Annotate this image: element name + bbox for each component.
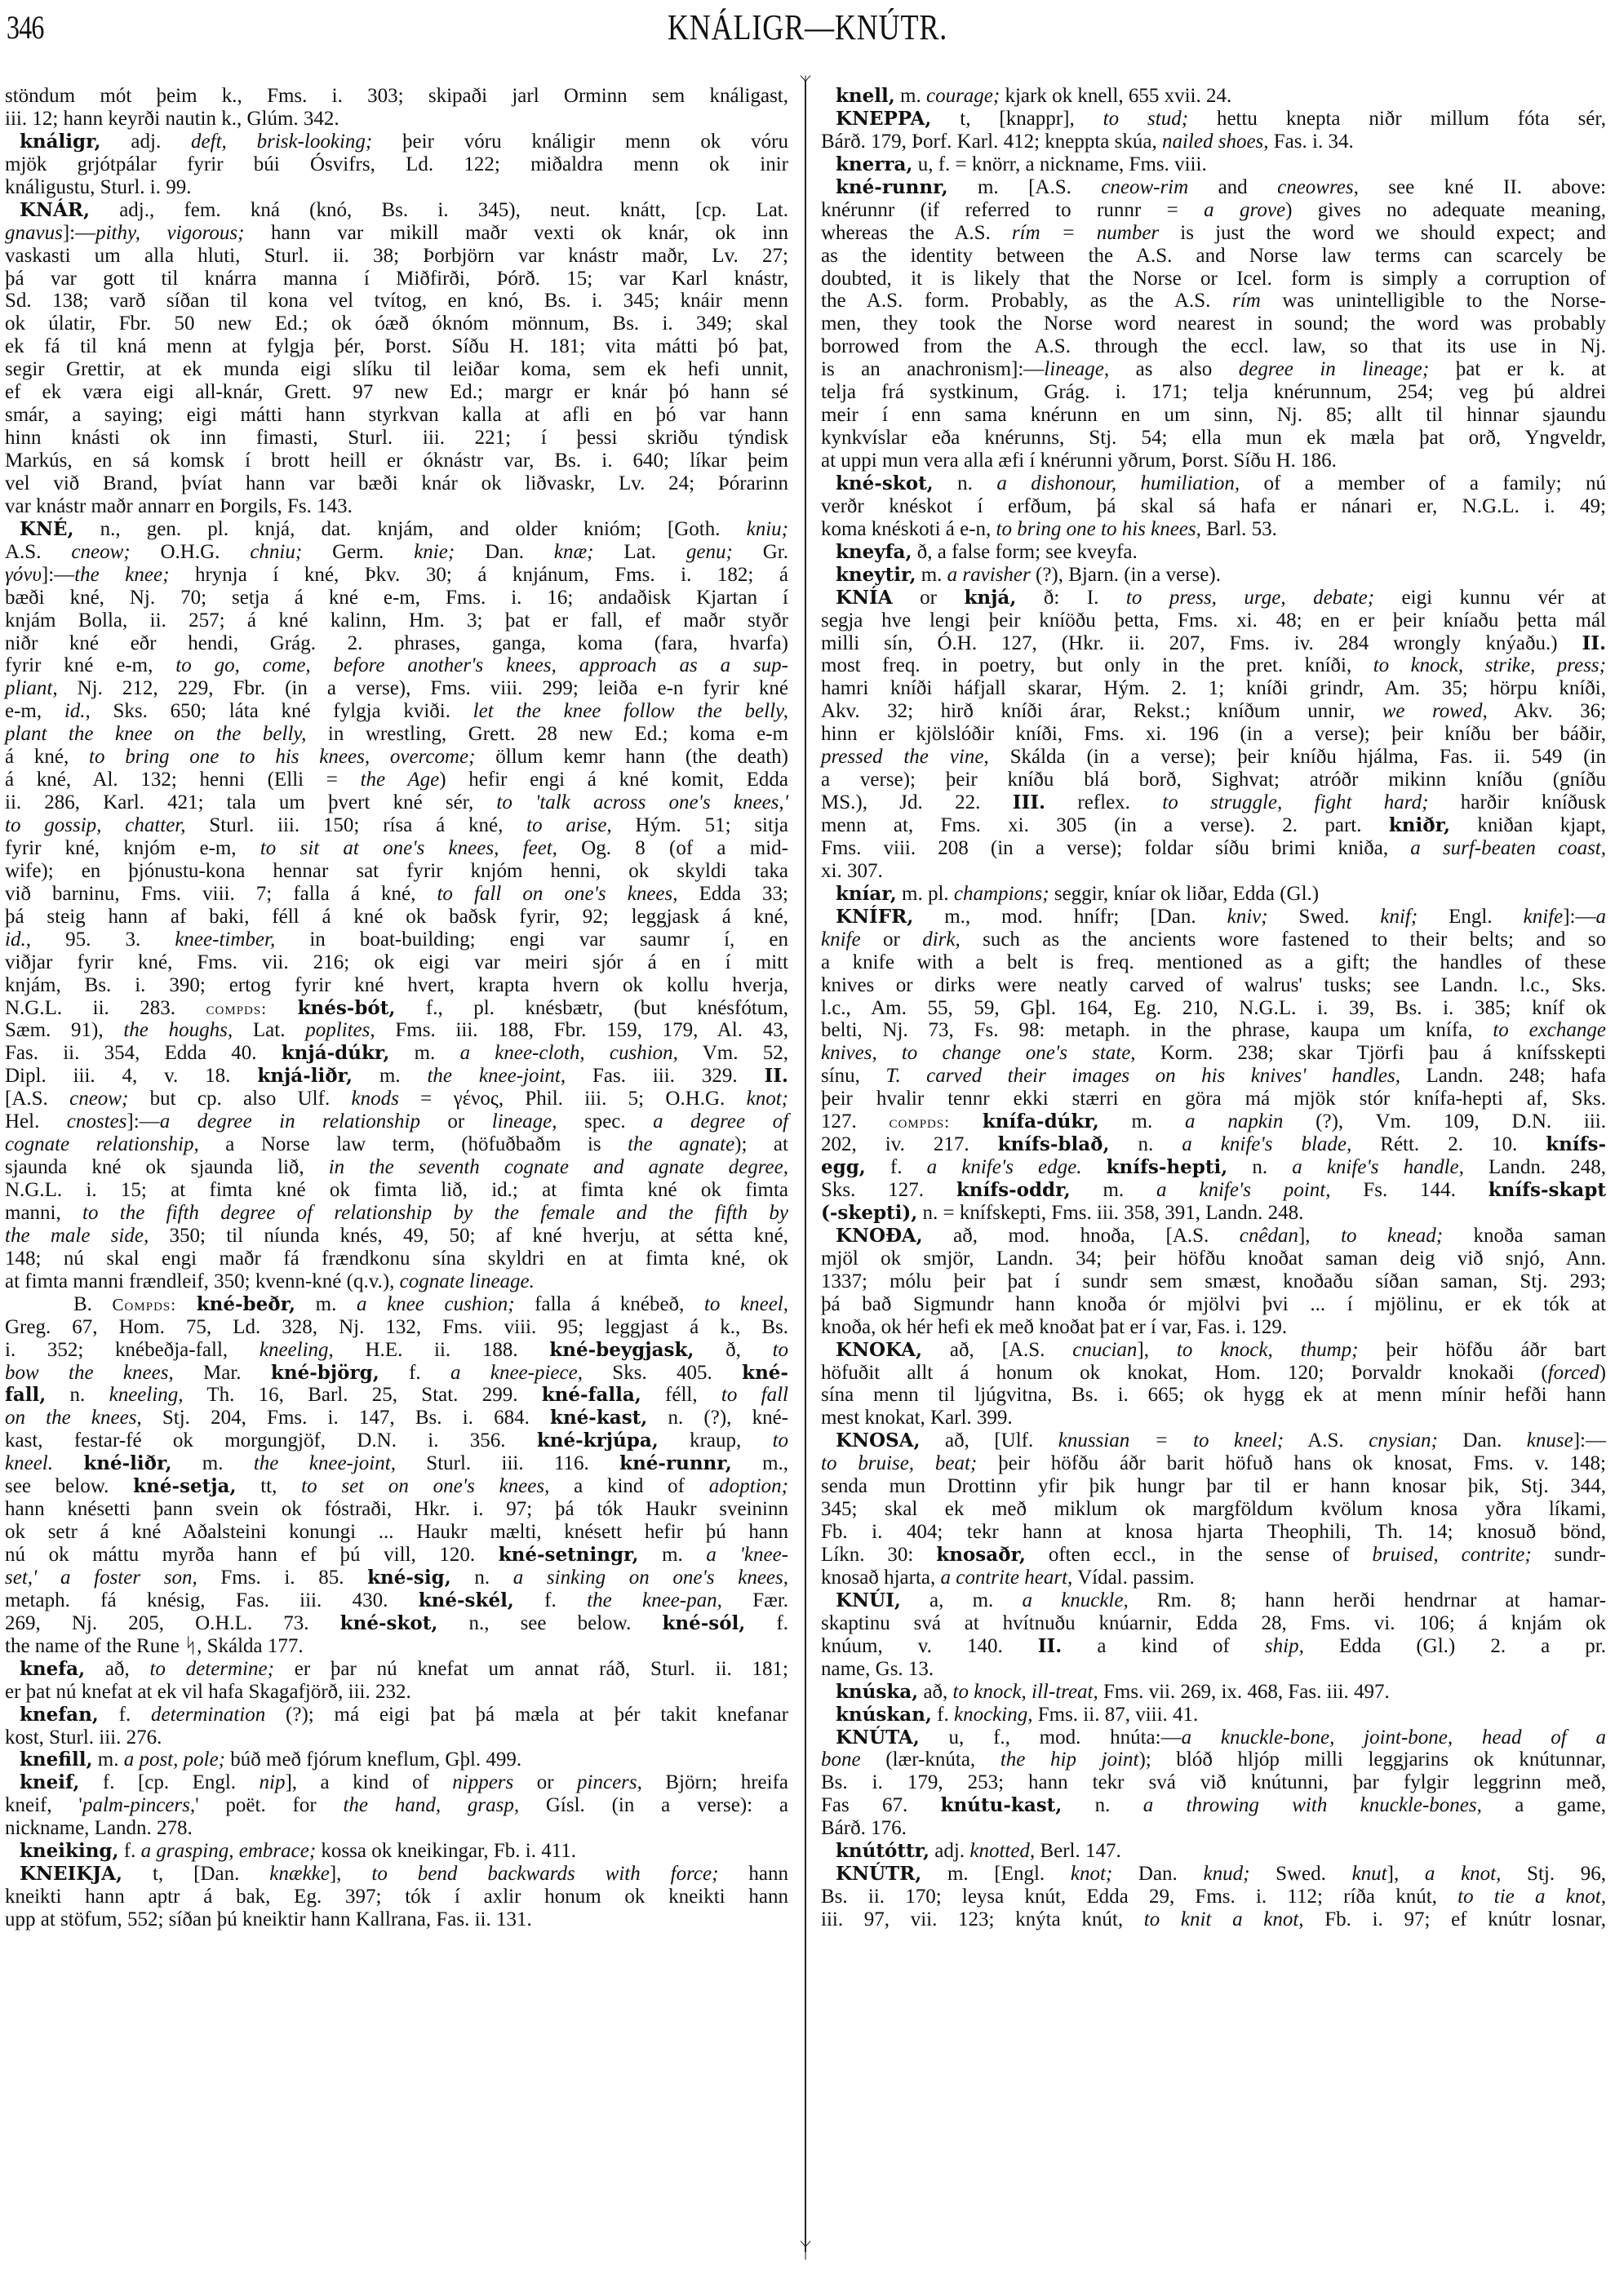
text-line: xi. 307. [821,860,1606,883]
body-text: að, mod. hnoða, [A.S. [923,1225,1240,1247]
body-text: höfuðit allt á honum ok knokat, Hom. 120… [821,1362,1548,1384]
definition-text: to bruise, beat; [821,1452,977,1474]
text-line: knoða, ok hér hefi ek með knoðat þat er … [821,1316,1606,1339]
definition-text: bow the knees, [5,1362,174,1384]
body-text: eigi kunnu vér at [1374,587,1606,609]
body-text: name, Gs. 13. [821,1658,934,1680]
body-text: belti, Nj. 73, Fs. 98: metaph. in the ph… [821,1019,1493,1041]
text-line: KNÁR, adj., fem. kná (knó, Bs. i. 345), … [5,199,788,222]
body-text: Gísl. (in a verse): a [519,1794,788,1816]
body-text: sundr- [1532,1544,1606,1566]
body-text: in boat-building; engi var saumr í, en [275,929,788,951]
body-text: hettu knepta niðr millum fóta sér, [1188,108,1606,130]
definition-text: cognate lineage. [400,1270,535,1292]
body-text: Germ. [302,541,414,563]
definition-text: knud; [1203,1863,1249,1885]
definition-text: to bend backwards with force; [371,1863,718,1885]
text-line: iii. 97, vii. 123; knýta knút, to knit a… [821,1908,1606,1931]
headword: III. [1013,791,1045,813]
text-line: is an anachronism]:—lineage, as also deg… [821,358,1606,381]
body-text: tt, [236,1475,301,1497]
body-text: but cp. also Ulf. [128,1088,351,1110]
body-text: (?), Vm. 109, D.N. iii. [1283,1110,1606,1132]
definition-text: a surf-beaten coast, [1410,837,1606,859]
definition-text: a knife's edge. [927,1156,1082,1178]
definition-text: id., [64,700,91,722]
headword: kné-kast, [550,1407,647,1429]
body-text: Sd. 138; varð síðan til kona vel tvítog,… [5,290,788,312]
body-text: þeir vóru knáligir menn ok vóru [372,131,788,153]
definition-text: the male side, [5,1225,149,1247]
body-text: spec. [557,1110,654,1132]
definition-text: a knife's handle, [1292,1156,1464,1178]
body-text: men, they took the Norse word nearest in… [821,312,1606,335]
text-line: sína menn til ljúgvitna, Bs. i. 665; ok … [821,1384,1606,1407]
text-line: Fms. viii. 208 (in a verse); foldar síðu… [821,837,1606,860]
text-line: knúum, v. 140. II. a kind of ship, Edda … [821,1635,1606,1658]
headword: knjá, [964,587,1016,609]
body-text: 148; nú skal engi maðr fá frændkonu sína… [5,1248,788,1270]
definition-text: kniu; [747,518,788,540]
body-text: most freq. in poetry, but only in the pr… [821,654,1373,676]
body-text: n. [1227,1156,1292,1178]
body-text: ]:— [126,1110,159,1132]
body-text: fyrir kné, knjóm e-m, [5,837,260,859]
text-line: N.G.L. ii. 283. compds: knés-bót, f., pl… [5,997,788,1020]
body-text: Sturl. iii. 116. [396,1452,619,1474]
body-text: at fimta manni frændleif, 350; kvenn-kné… [5,1270,400,1292]
text-line: 127. compds: knífa-dúkr, m. a napkin (?)… [821,1110,1606,1133]
body-text: vaskasti um alla hluti, Sturl. ii. 38; Þ… [5,245,788,267]
headword: kné-beygjask, [549,1339,694,1361]
body-text: kniðan kjapt, [1450,814,1606,836]
headword: kné-falla, [542,1384,641,1406]
text-line: iii. 12; hann keyrði nautin k., Glúm. 34… [5,108,788,131]
headword: KNÍFR, [836,906,913,928]
definition-text: champions; [954,883,1049,905]
body-text: m. [353,1065,427,1087]
body-text: Gr. [733,541,788,563]
headword: kneif, [20,1771,79,1793]
definition-text: a knot, [1425,1863,1501,1885]
definition-text: kneel. [5,1452,53,1474]
text-line: kast, festar-fé ok morgungjöf, D.N. i. 3… [5,1429,788,1452]
text-line: knáligr, adj. deft, brisk-looking; þeir … [5,131,788,153]
body-text: t, [knappr], [931,108,1103,130]
text-line: bone (lær-knúta, the hip joint); blóð hl… [821,1749,1606,1771]
text-line: Sæm. 91), the houghs, Lat. poplites, Fms… [5,1019,788,1042]
body-text: and [1188,176,1277,198]
text-line: plant the knee on the belly, in wrestlin… [5,723,788,746]
definition-text: on the knees, [5,1407,142,1429]
headword: egg, [821,1156,866,1178]
text-line: Sks. 127. knífs-oddr, m. a knife's point… [821,1179,1606,1202]
text-line: id., 95. 3. knee-timber, in boat-buildin… [5,929,788,951]
definition-text: knække [269,1863,330,1885]
body-text: að, [918,1681,952,1703]
body-text: e-m, [5,700,64,722]
definition-text: a degree in relationship [160,1110,420,1132]
body-text: Landn. 248; hafa [1400,1065,1606,1087]
text-line: KNÚI, a, m. a knuckle, Rm. 8; hann herði… [821,1589,1606,1612]
text-line: 269, Nj. 205, O.H.L. 73. kné-skot, n., s… [5,1612,788,1635]
body-text: Skálda (in a verse); þeir kníðu hjálma, … [989,746,1606,768]
body-text: metaph. fá knésig, Fas. iii. 430. [5,1589,419,1611]
definition-text: rím [1232,290,1261,312]
body-text: ' poët. for [195,1794,343,1816]
body-text: Sks. 650; láta kné fylgja kviði. [91,700,473,722]
definition-text: knot; [1071,1863,1112,1885]
text-line: knefill, m. a post, pole; búð með fjórum… [5,1749,788,1771]
body-text: vel við Brand, þvíat hann var bæði knár … [5,472,788,494]
text-line: KNEIKJA, t, [Dan. knække], to bend backw… [5,1863,788,1886]
body-text: Vm. 52, [678,1042,788,1064]
body-text: n. [934,472,997,494]
headword: knífa-dúkr, [983,1110,1099,1132]
definition-text: the knee; [74,564,169,586]
text-line: Fb. i. 404; tekr hann at knosa hjarta Th… [821,1521,1606,1544]
text-line: manni, to the fifth degree of relationsh… [5,1202,788,1225]
body-text: niðr kné eðr hendi, Grág. 2. phrases, ga… [5,632,788,654]
body-text: koma knéskoti á e-n, [821,518,996,540]
text-line: knútóttr, adj. knotted, Berl. 147. [821,1840,1606,1863]
body-text: Og. 8 (of a mid- [557,837,788,859]
headword: KNÁR, [20,199,90,221]
body-text: ef ek væra eigi all-knár, Grett. 97 new … [5,381,788,403]
body-text: hann [718,1863,788,1885]
text-line: fyrir kné e-m, to go, come, before anoth… [5,654,788,677]
body-text: a knife with a belt is freq. mentioned a… [821,951,1606,973]
definition-text: kneeling, [260,1339,334,1361]
body-text: n., see below. [437,1612,662,1634]
body-text: i. 352; knébeðja-fall, [5,1339,260,1361]
body-text: knúum, v. 140. [821,1635,1038,1657]
text-line: hinn er kjölslóðir kníði, Fms. xi. 196 (… [821,723,1606,746]
text-line: knáligustu, Sturl. i. 99. [5,176,788,199]
body-text: Engl. [1418,906,1523,928]
text-line: menn at, Fms. xi. 305 (in a verse). 2. p… [821,814,1606,837]
body-text: m. [1071,1179,1156,1201]
body-text: telja frá systkinum, Grág. i. 171; telja… [821,381,1606,403]
body-text: as the identity between the A.S. and Nor… [821,245,1606,267]
body-text: kynkvíslar eða knérunns, Stj. 54; ella m… [821,427,1606,449]
definition-text: to exchange [1493,1019,1606,1041]
definition-text: the knee-joint, [254,1452,396,1474]
right-column: knell, m. courage; kjark ok knell, 655 x… [821,85,1606,1931]
definition-text: knife [821,929,861,951]
text-line: Greg. 67, Hom. 75, Ld. 328, Nj. 132, Fms… [5,1316,788,1339]
body-text: knives or dirks were neatly carved of wa… [821,974,1606,996]
headword: knútu-kast, [941,1794,1063,1816]
body-text: xi. 307. [821,860,883,882]
definition-text: to arise, [526,814,612,836]
text-line: the male side, 350; til níunda knés, 49,… [5,1225,788,1248]
headword: kné- [742,1362,788,1384]
body-text: knoða, ok hér hefi ek með knoðat þat er … [821,1316,1287,1338]
text-line: (-skepti), n. = knífskepti, Fms. iii. 35… [821,1202,1606,1225]
definition-text: knives, to change one's state, [821,1042,1136,1064]
text-line: doubted, it is likely that the Norse or … [821,268,1606,290]
body-text: við barninu, Fms. viii. 7; falla á kné, [5,883,437,905]
text-line: smár, a saying; eigi mátti hann styrkvan… [5,404,788,427]
definition-text: pincers, [577,1771,642,1793]
body-text: Hým. 51; sitja [612,814,788,836]
body-text: senda mun Drottinn yfir þik hungr þar ti… [821,1475,1606,1497]
body-text: Rétt. 2. 10. [1351,1133,1546,1155]
body-text: often eccl., in the sense of [1026,1544,1373,1566]
body-text: m. [389,1042,459,1064]
text-line: hamri kníði háfjall skarar, Hým. 2. 1; k… [821,677,1606,700]
body-text: is just the word we should expect; and [1159,222,1606,244]
headword: knjá-dúkr, [282,1042,390,1064]
text-line: knjám, Bs. i. 390; ertog fyrir kné hvert… [5,974,788,997]
definition-text: a grove [1204,199,1285,221]
definition-text: knæ; [554,541,594,563]
definition-text: to knead; [1341,1225,1443,1247]
definition-text: knie; [414,541,455,563]
body-text: a verse); þeir kníðu blá borð, Sighvat; … [821,769,1606,791]
divider-ornament-top-icon: ᛉ [795,75,816,96]
text-line: hann knésetti þann svein ok fóstraði, Hk… [5,1498,788,1521]
definition-text: the houghs, [123,1019,233,1041]
body-text: ok úlatir, Fbr. 50 new Ed.; ok óæð óknóm… [5,312,788,335]
definition-text: to gossip, chatter, [5,814,186,836]
headword: knúskan, [836,1704,932,1726]
headword: kneiking, [20,1840,119,1862]
definition-text: to knock, thump; [1177,1339,1359,1361]
definition-text: to [773,1429,788,1452]
text-line: mest knokat, Karl. 399. [821,1407,1606,1429]
definition-text: the hip joint [1001,1749,1139,1771]
body-text: A.S. [5,541,71,563]
body-text: knjám Bolla, ii. 257; á kné kalinn, Hm. … [5,609,788,632]
body-text: iii. 97, vii. 123; knýta knút, [821,1908,1144,1930]
headword: fall, [5,1384,46,1406]
body-text: verðr knéskot í erfðum, þá skal sá hafa … [821,495,1606,517]
definition-text: the knee-pan, [587,1589,722,1611]
column-divider [805,80,806,2252]
body-text: viðjar fyrir kné, Fms. vii. 216; ok eigi… [5,951,788,973]
body-text: ); at [734,1133,788,1155]
text-line: whereas the A.S. rím = number is just th… [821,222,1606,245]
body-text: n. [451,1567,513,1589]
definition-text: to fall on one's knees, [437,883,677,905]
text-line: 1337; mólu þeir þat í sundr sem smæst, k… [821,1270,1606,1293]
body-text: þat er k. at [1429,358,1606,380]
text-line: Bárð. 176. [821,1817,1606,1840]
body-text: at uppi mun vera alla æfi í knérunni yðr… [821,450,1337,472]
headword: kneyfa, [836,541,912,563]
body-text: MS.), Jd. 22. [821,791,1013,813]
text-line: KNÚTR, m. [Engl. knot; Dan. knud; Swed. … [821,1863,1606,1886]
definition-text: to [773,1339,788,1361]
text-line: þá steig hann af baki, féll á kné ok bað… [5,906,788,929]
headword: KNÉ, [20,518,74,540]
body-text: ð, a false form; see kveyfa. [912,541,1137,563]
body-text: f. [119,1840,141,1862]
body-text: n. [1062,1794,1142,1816]
body-text: ii. 286, Karl. 421; tala um þvert kné sé… [5,791,496,813]
text-line: A.S. cneow; O.H.G. chniu; Germ. knie; Da… [5,541,788,564]
definition-text: cognate relationship, [5,1133,199,1155]
body-text: þá var gott til knárra manna í Miðfirði,… [5,268,788,290]
body-text: Lat. [594,541,686,563]
body-text: fyrir kné e-m, [5,654,175,676]
body-text: milli sín, Ó.H. 127, (Hkr. ii. 207, Fms.… [821,632,1582,654]
body-text: smár, a saying; eigi mátti hann styrkvan… [5,404,788,426]
body-text: Dan. [1438,1429,1527,1452]
body-text: m., mod. hnífr; [Dan. [913,906,1227,928]
body-text: knérunnr (if referred to runnr = [821,199,1204,221]
body-text: (lær-knúta, [861,1749,1001,1771]
headword: knefa, [20,1658,85,1680]
text-line: egg, f. a knife's edge. knífs-hepti, n. … [821,1156,1606,1179]
text-line: Líkn. 30: knosaðr, often eccl., in the s… [821,1544,1606,1567]
definition-text: the Age [361,769,440,791]
body-text: t, [Dan. [122,1863,269,1885]
body-text [1081,1156,1106,1178]
definition-text: to struggle, fight hard; [1162,791,1428,813]
text-line: a verse); þeir kníðu blá borð, Sighvat; … [821,769,1606,791]
body-text: Mar. [174,1362,271,1384]
running-title: KNÁLIGR—KNÚTR. [145,7,1470,48]
headword: II. [1582,632,1606,654]
definition-text: palm-pincers, [82,1794,195,1816]
text-line: KNÍFR, m., mod. hnífr; [Dan. kniv; Swed.… [821,906,1606,929]
body-text: sína menn til ljúgvitna, Bs. i. 665; ok … [821,1384,1606,1406]
definition-text: a ravisher [947,564,1031,586]
text-line: þá var gott til knárra manna í Miðfirði,… [5,268,788,290]
body-text: n. [46,1384,109,1406]
headword: kniðr, [1389,814,1450,836]
definition-text: γόνυ [5,564,42,586]
body-text: stöndum mót þeim k., Fms. i. 303; skipað… [5,85,788,107]
definition-text: to knock, ill-treat, [953,1681,1098,1703]
body-text: Greg. 67, Hom. 75, Ld. 328, Nj. 132, Fms… [5,1316,788,1338]
text-line: segja hve lengi þeir kníöðu þetta, Fms. … [821,609,1606,632]
text-line: KNÚTA, u, f., mod. hnúta:—a knuckle-bone… [821,1726,1606,1749]
text-line: men, they took the Norse word nearest in… [821,312,1606,335]
body-text: kneif, ' [5,1794,82,1816]
definition-text: to press, urge, debate; [1126,587,1374,609]
body-text: m. [638,1544,706,1566]
definition-text: cnysian; [1369,1429,1438,1452]
headword: kné-sól, [662,1612,745,1634]
section-label: compds: [206,999,268,1018]
text-line: pliant, Nj. 212, 229, Fbr. (in a verse),… [5,677,788,700]
body-text: Dan. [1112,1863,1203,1885]
text-line: B. Compds: kné-beðr, m. a knee cushion; … [5,1293,788,1316]
text-line: Akv. 32; hirð kníði árar, Rekst.; kníðum… [821,700,1606,723]
text-line: name, Gs. 13. [821,1658,1606,1681]
body-text: þá steig hann af baki, féll á kné ok bað… [5,906,788,928]
text-line: bæði kné, Nj. 70; setja á kné e-m, Fms. … [5,587,788,609]
body-text: see below. [5,1475,133,1497]
body-text: ð, [694,1339,772,1361]
text-line: KNEPPA, t, [knappr], to stud; hettu knep… [821,108,1606,131]
body-text: ]:— [42,564,74,586]
headword: knerra, [836,153,912,175]
text-line: to gossip, chatter, Sturl. iii. 150; rís… [5,814,788,837]
body-text [950,1110,983,1132]
body-text: m. [93,1749,124,1771]
body-text: f. [cp. Engl. [79,1771,259,1793]
text-line: Dipl. iii. 4, v. 18. knjá-liðr, m. the k… [5,1065,788,1088]
text-line: kneiking, f. a grasping, embrace; kossa … [5,1840,788,1863]
text-line: ef ek væra eigi all-knár, Grett. 97 new … [5,381,788,404]
headword: kné-liðr, [83,1452,171,1474]
body-text: Fms. i. 85. [197,1567,367,1589]
body-text: Bárð. 176. [821,1817,907,1839]
definition-text: forced [1548,1362,1599,1384]
text-line: kost, Sturl. iii. 276. [5,1726,788,1749]
body-text: N.G.L. ii. 283. [5,997,206,1019]
body-text: ) gives no adequate meaning, [1285,199,1606,221]
body-text: sjaunda kné ok sjaunda lið, [5,1156,329,1178]
text-line: on the knees, Stj. 204, Fms. i. 147, Bs.… [5,1407,788,1429]
body-text: knosað hjarta, [821,1567,940,1589]
body-text: n. = knífskepti, Fms. iii. 358, 391, Lan… [917,1202,1303,1224]
definition-text: pliant, [5,677,58,699]
body-text: Swed. [1249,1863,1351,1885]
definition-text: we rowed, [1382,700,1488,722]
body-text: f. [866,1156,927,1178]
text-line: Bárð. 179, Þorf. Karl. 412; kneppta skúa… [821,131,1606,153]
body-text: or [893,587,965,609]
definition-text: poplites, [305,1019,375,1041]
text-line: Hel. cnostes]:—a degree in relationship … [5,1110,788,1133]
body-text: m. [Engl. [921,1863,1071,1885]
body-text: m. [171,1452,253,1474]
definition-text: to tie a knot, [1457,1886,1606,1908]
body-text: adj., fem. kná (knó, Bs. i. 345), neut. … [90,199,788,221]
definition-text: a dishonour, humiliation, [996,472,1240,494]
body-text: n., gen. pl. knjá, dat. knjám, and older… [74,518,747,540]
body-text: 350; til níunda knés, 49, 50; af kné hve… [149,1225,788,1247]
headword: knútóttr, [836,1840,930,1862]
text-line: knefa, að, to determine; er þar nú knefa… [5,1658,788,1681]
headword: knúska, [836,1681,918,1703]
body-text: Barl. 53. [1201,518,1277,540]
body-text: að, [85,1658,149,1680]
headword: knefill, [20,1749,93,1771]
body-text: hann knésetti þann svein ok fóstraði, Hk… [5,1498,788,1520]
definition-text: rím = number [1012,222,1159,244]
body-text: N.G.L. i. 15; at fimta kné ok fimta lið,… [5,1179,788,1201]
text-line: kneytir, m. a ravisher (?), Bjarn. (in a… [821,564,1606,587]
body-text: f. [514,1589,587,1611]
definition-text: a knife's point, [1156,1179,1331,1201]
body-text: hann var mikill maðr vexti ok knár, ok i… [244,222,788,244]
text-line: fall, n. kneeling, Th. 16, Barl. 25, Sta… [5,1384,788,1407]
text-line: meir í enn sama knérunn en um sinn, Nj. … [821,404,1606,427]
headword: kné-runnr, [836,176,948,198]
text-line: to bruise, beat; þeir höfðu áðr barit hö… [821,1452,1606,1475]
definition-text: plant the knee on the belly, [5,723,306,745]
body-text: m. [916,564,947,586]
text-line: kníar, m. pl. champions; seggir, kníar o… [821,883,1606,906]
body-text: á kné, [5,746,89,768]
definition-text: chniu; [250,541,302,563]
body-text: þeir höfðu áðr barit höfuð hans ok knosa… [977,1452,1606,1474]
definition-text: a knife's blade, [1182,1133,1351,1155]
body-text: Stj. 204, Fms. i. 147, Bs. i. 684. [142,1407,550,1429]
headword: KNÚTR, [836,1863,921,1885]
headword: kné-björg, [271,1362,379,1384]
definition-text: kneeling, [109,1384,184,1406]
body-text: sínu, [821,1065,885,1087]
definition-text: pressed the vine, [821,746,989,768]
